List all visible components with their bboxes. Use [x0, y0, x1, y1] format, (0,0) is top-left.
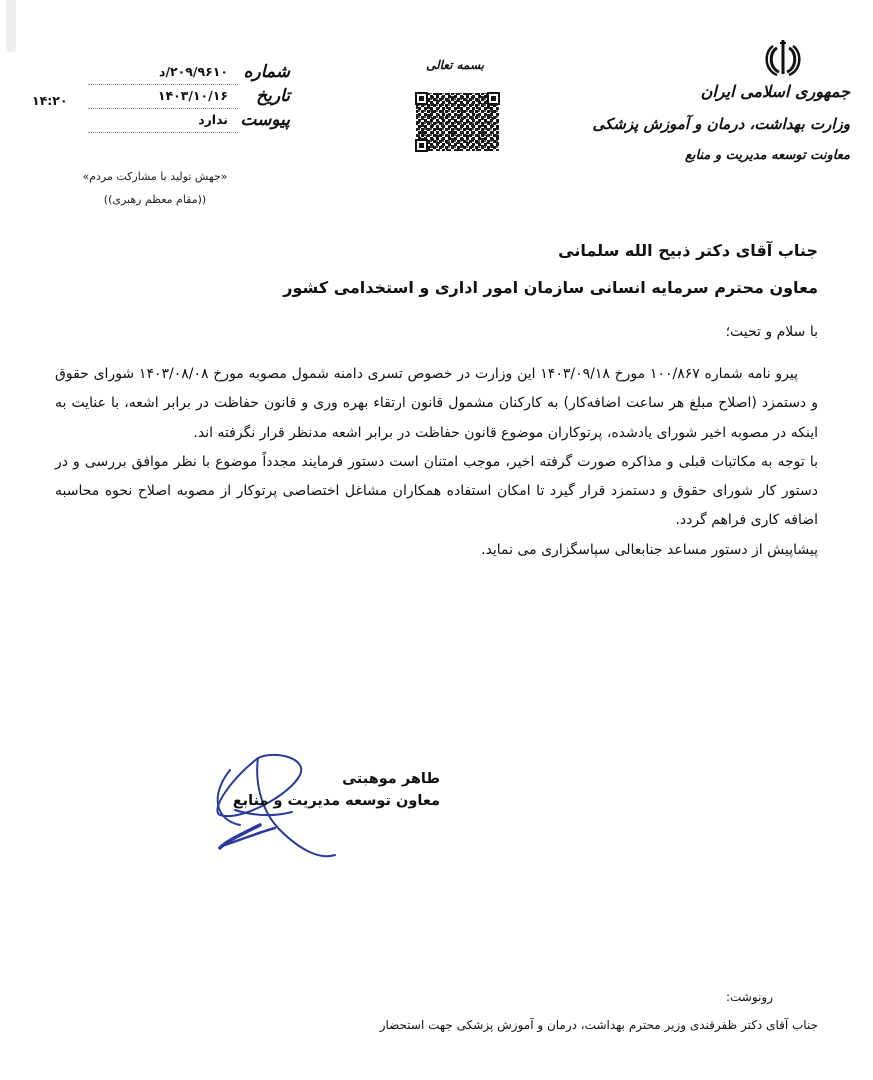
- addressee-name: جناب آقای دکتر ذبیح الله سلمانی: [283, 232, 818, 269]
- body-paragraph-2: با توجه به مکاتبات قبلی و مذاکره صورت گر…: [55, 448, 818, 536]
- iran-emblem-icon: [765, 38, 801, 78]
- signatory: طاهر موهبتی معاون توسعه مدیریت و منابع: [225, 768, 440, 812]
- letter-number-value: ۲۰۹/۹۶۱۰/د: [159, 64, 228, 79]
- letter-body: پیرو نامه شماره ۱۰۰/۸۶۷ مورخ ۱۴۰۳/۰۹/۱۸ …: [55, 360, 818, 565]
- signatory-title: معاون توسعه مدیریت و منابع: [225, 790, 440, 812]
- slogan-attribution: ((مقام معظم رهبری)): [80, 188, 230, 211]
- addressee-title: معاون محترم سرمایه انسانی سازمان امور اد…: [283, 269, 818, 306]
- cc-label: رونوشت:: [726, 990, 773, 1004]
- addressee: جناب آقای دکتر ذبیح الله سلمانی معاون مح…: [283, 232, 818, 306]
- letter-date-row: تاریخ ۱۴۰۳/۱۰/۱۶: [88, 86, 238, 109]
- letter-attachment-label: پیوست: [240, 110, 290, 130]
- letter-number-label: شماره: [244, 62, 290, 82]
- qr-code-icon: [415, 92, 500, 152]
- letter-time: ۱۴:۲۰: [32, 93, 68, 108]
- org-deputy: معاونت توسعه مدیریت و منابع: [680, 142, 850, 170]
- letter-number-row: شماره ۲۰۹/۹۶۱۰/د: [88, 62, 238, 85]
- organization-header: جمهوری اسلامی ایران وزارت بهداشت، درمان …: [680, 78, 850, 170]
- org-ministry: وزارت بهداشت، درمان و آموزش پزشکی: [680, 106, 850, 142]
- slogan-quote: «جهش تولید با مشارکت مردم»: [80, 165, 230, 188]
- body-closing: پیشاپیش از دستور مساعد جنابعالی سپاسگزار…: [55, 536, 818, 565]
- greeting: با سلام و تحیت؛: [726, 324, 818, 340]
- org-country: جمهوری اسلامی ایران: [680, 78, 850, 106]
- letter-attachment-value: ندارد: [198, 112, 228, 127]
- letter-date-label: تاریخ: [256, 86, 290, 106]
- letter-date-value: ۱۴۰۳/۱۰/۱۶: [158, 88, 228, 103]
- signatory-name: طاهر موهبتی: [225, 768, 440, 790]
- invocation: بسمه تعالی: [420, 58, 490, 72]
- letter-attachment-row: پیوست ندارد: [88, 110, 238, 133]
- scroll-indicator: [6, 0, 16, 52]
- body-paragraph-1: پیرو نامه شماره ۱۰۰/۸۶۷ مورخ ۱۴۰۳/۰۹/۱۸ …: [55, 360, 818, 448]
- cc-item: جناب آقای دکتر ظفرقندی وزیر محترم بهداشت…: [380, 1018, 818, 1032]
- slogan: «جهش تولید با مشارکت مردم» ((مقام معظم ر…: [80, 165, 230, 211]
